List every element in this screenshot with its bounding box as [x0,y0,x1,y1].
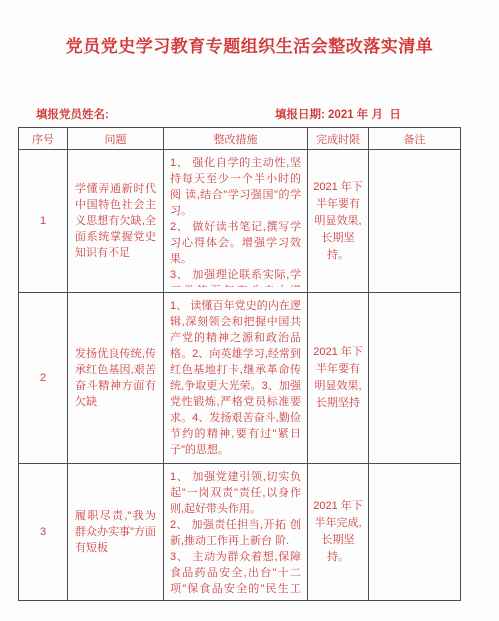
problem-text: 履职尽责,"我为群众办实事"方面有短板 [68,464,164,601]
table-row: 1 学懂弄通新时代中国特色社会主义思想有欠缺,全面系统掌握党史知识有不足 1、 … [19,150,461,293]
filler-name-label: 填报党员姓名: [36,106,109,122]
table-row: 3 履职尽责,"我为群众办实事"方面有短板 1、 加强党建引领,切实负 起"一岗… [19,464,461,601]
header-note: 备注 [369,128,461,150]
measure-item: 3、 加强理论联系实际,学习党的百年奋斗史中增强"两个维护的政治自觉 增强历 [170,267,301,287]
fill-date-label: 填报日期: 2021 年 月 日 [275,106,401,122]
note-cell [369,293,461,464]
row-index: 3 [19,464,68,601]
page-title: 党员党史学习教育专题组织生活会整改落实清单 [0,32,499,57]
note-cell [369,464,461,601]
measures-cell: 1、 加强党建引领,切实负 起"一岗双责"责任,以身作 则,起好带头作用。 2、… [164,464,308,601]
measure-item: 2、 做好读书笔记,撰写学习心得体会。增强学习效果。 [170,219,301,267]
document-page: 党员党史学习教育专题组织生活会整改落实清单 填报党员姓名: 填报日期: 2021… [0,0,499,621]
row-index: 2 [19,293,68,464]
measure-item: 1、 读懂百年党史的内在逻 辑,深刻领会和把握中国共 产党的精神之源和政治品格。… [170,298,301,458]
table-header-row: 序号 问题 整改措施 完成时限 备注 [19,128,461,150]
header-deadline: 完成时限 [308,128,369,150]
measures-cell: 1、 强化自学的主动性,坚持每天至少一个半小时的阅 读,结合"学习强国"的学习。… [164,150,308,293]
note-cell [369,150,461,293]
deadline-text: 2021 年下半年完成,长期坚持。 [308,464,369,601]
rectification-table: 序号 问题 整改措施 完成时限 备注 1 学懂弄通新时代中国特色社会主义思想有欠… [18,127,461,601]
measures-cell: 1、 读懂百年党史的内在逻 辑,深刻领会和把握中国共 产党的精神之源和政治品格。… [164,293,308,464]
measure-item: 1、 强化自学的主动性,坚持每天至少一个半小时的阅 读,结合"学习强国"的学习。 [170,155,301,219]
measure-item: 3、 主动为群众着想,保障食品药品安全,出台"十二 项"保食品安全的"民生工程"… [170,549,301,595]
form-meta-row: 填报党员姓名: 填报日期: 2021 年 月 日 [0,106,499,124]
problem-text: 发扬优良传统,传承红色基因,艰苦奋斗精神方面有欠缺 [68,293,164,464]
measure-item: 1、 加强党建引领,切实负 起"一岗双责"责任,以身作 则,起好带头作用。 [170,469,301,517]
header-problem: 问题 [68,128,164,150]
measures-text: 1、 加强党建引领,切实负 起"一岗双责"责任,以身作 则,起好带头作用。 2、… [170,469,301,595]
measure-item: 2、 加强责任担当,开拓 创新,推动工作再上新台 阶. [170,517,301,549]
row-index: 1 [19,150,68,293]
header-measures: 整改措施 [164,128,308,150]
header-index: 序号 [19,128,68,150]
measures-text: 1、 强化自学的主动性,坚持每天至少一个半小时的阅 读,结合"学习强国"的学习。… [170,155,301,287]
table-row: 2 发扬优良传统,传承红色基因,艰苦奋斗精神方面有欠缺 1、 读懂百年党史的内在… [19,293,461,464]
measures-text: 1、 读懂百年党史的内在逻 辑,深刻领会和把握中国共 产党的精神之源和政治品格。… [170,298,301,458]
problem-text: 学懂弄通新时代中国特色社会主义思想有欠缺,全面系统掌握党史知识有不足 [68,150,164,293]
deadline-text: 2021 年下半年要有明显效果,长期坚持 [308,293,369,464]
deadline-text: 2021 年下半年要有明显效果,长期坚持。 [308,150,369,293]
